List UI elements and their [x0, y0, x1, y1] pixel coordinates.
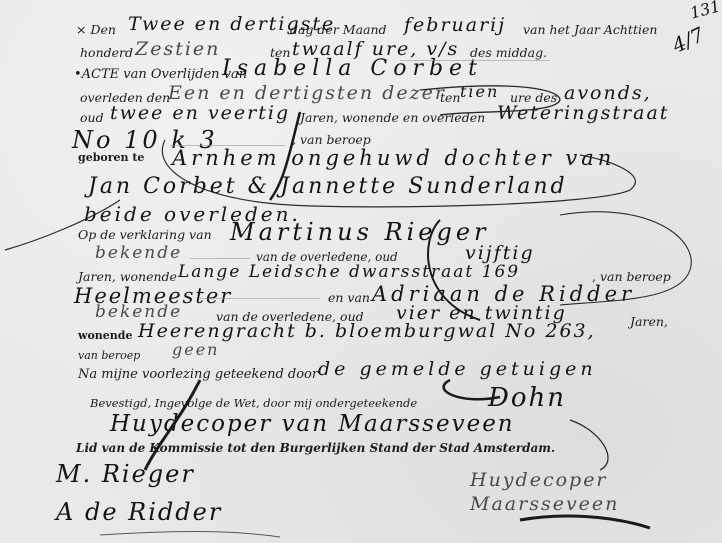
fill-line — [190, 258, 250, 259]
printed-van-beroep: , van beroep — [292, 134, 371, 147]
handwritten-death-part: avonds, — [564, 84, 652, 103]
witness2-occupation: geen — [172, 342, 219, 358]
printed-jaren-wonende: Jaren, wonende en overleden — [300, 112, 485, 125]
corner-mark: 4/7 — [669, 24, 707, 56]
printed-en-van: en van — [328, 292, 370, 305]
page-number: 131 — [688, 0, 722, 22]
signature-witness2: A de Ridder — [56, 500, 222, 524]
handwritten-street: Weteringstraat — [497, 104, 669, 123]
handwritten-death-day: Een en dertigsten dezer — [168, 84, 446, 103]
printed-geboren-te: geboren te — [78, 152, 144, 163]
signed-by: de gemelde getuigen — [318, 360, 597, 379]
handwritten-parents: Jan Corbet & Jannette Sunderland — [88, 176, 568, 198]
witness1-age: vijftig — [465, 244, 535, 263]
official-name: Huydecoper van Maarsseveen — [110, 413, 515, 436]
printed-op-de-verklaring: Op de verklaring van — [78, 229, 212, 242]
witness1-relation: bekende — [95, 245, 182, 262]
deceased-name: Isabella Corbet — [222, 58, 483, 80]
handwritten-month: februarij — [404, 16, 506, 35]
printed-van-beroep-2: van beroep — [78, 350, 140, 361]
official-mark: Dohn — [488, 385, 566, 411]
printed-wonende: wonende — [78, 330, 133, 341]
printed-dag-der-maand: dag der Maand — [290, 24, 387, 37]
printed-jaren: Jaren, — [630, 316, 668, 329]
printed-bevestigd: Bevestigd, Ingevolge de Wet, door mij on… — [90, 398, 417, 410]
printed-voorlezing: Na mijne voorlezing geteekend door — [78, 368, 318, 381]
printed-ten-2: ten — [440, 92, 460, 105]
printed-honderd: honderd — [80, 47, 133, 60]
printed-den: × Den — [76, 24, 116, 37]
fill-line — [200, 298, 320, 299]
death-record-page: 131 4/7 × Den Twee en dertigste dag der … — [0, 0, 722, 543]
witness2-relation: bekende — [95, 304, 182, 321]
printed-lid-kommissie: Lid van de Kommissie tot den Burgerlijke… — [76, 442, 555, 454]
printed-oud: oud — [80, 112, 104, 125]
signature-witness1: M. Rieger — [56, 462, 195, 486]
fill-line — [400, 60, 550, 61]
witness1-name: Martinus Rieger — [230, 220, 490, 244]
printed-jaar-achttien: van het Jaar Achttien — [523, 24, 657, 37]
signature-official: Huydecoper Maarsseveen — [470, 468, 620, 516]
handwritten-age: twee en veertig — [110, 104, 290, 123]
handwritten-birthplace: Arnhem ongehuwd dochter van — [172, 148, 615, 169]
printed-jaren-wonende-1: Jaren, wonende — [78, 271, 177, 284]
witness1-address: Lange Leidsche dwarsstraat 169 — [178, 264, 520, 281]
witness2-address: Heerengracht b. bloemburgwal No 263, — [138, 322, 596, 341]
handwritten-death-hour: tien — [460, 84, 499, 100]
handwritten-year: Zestien — [135, 40, 220, 59]
